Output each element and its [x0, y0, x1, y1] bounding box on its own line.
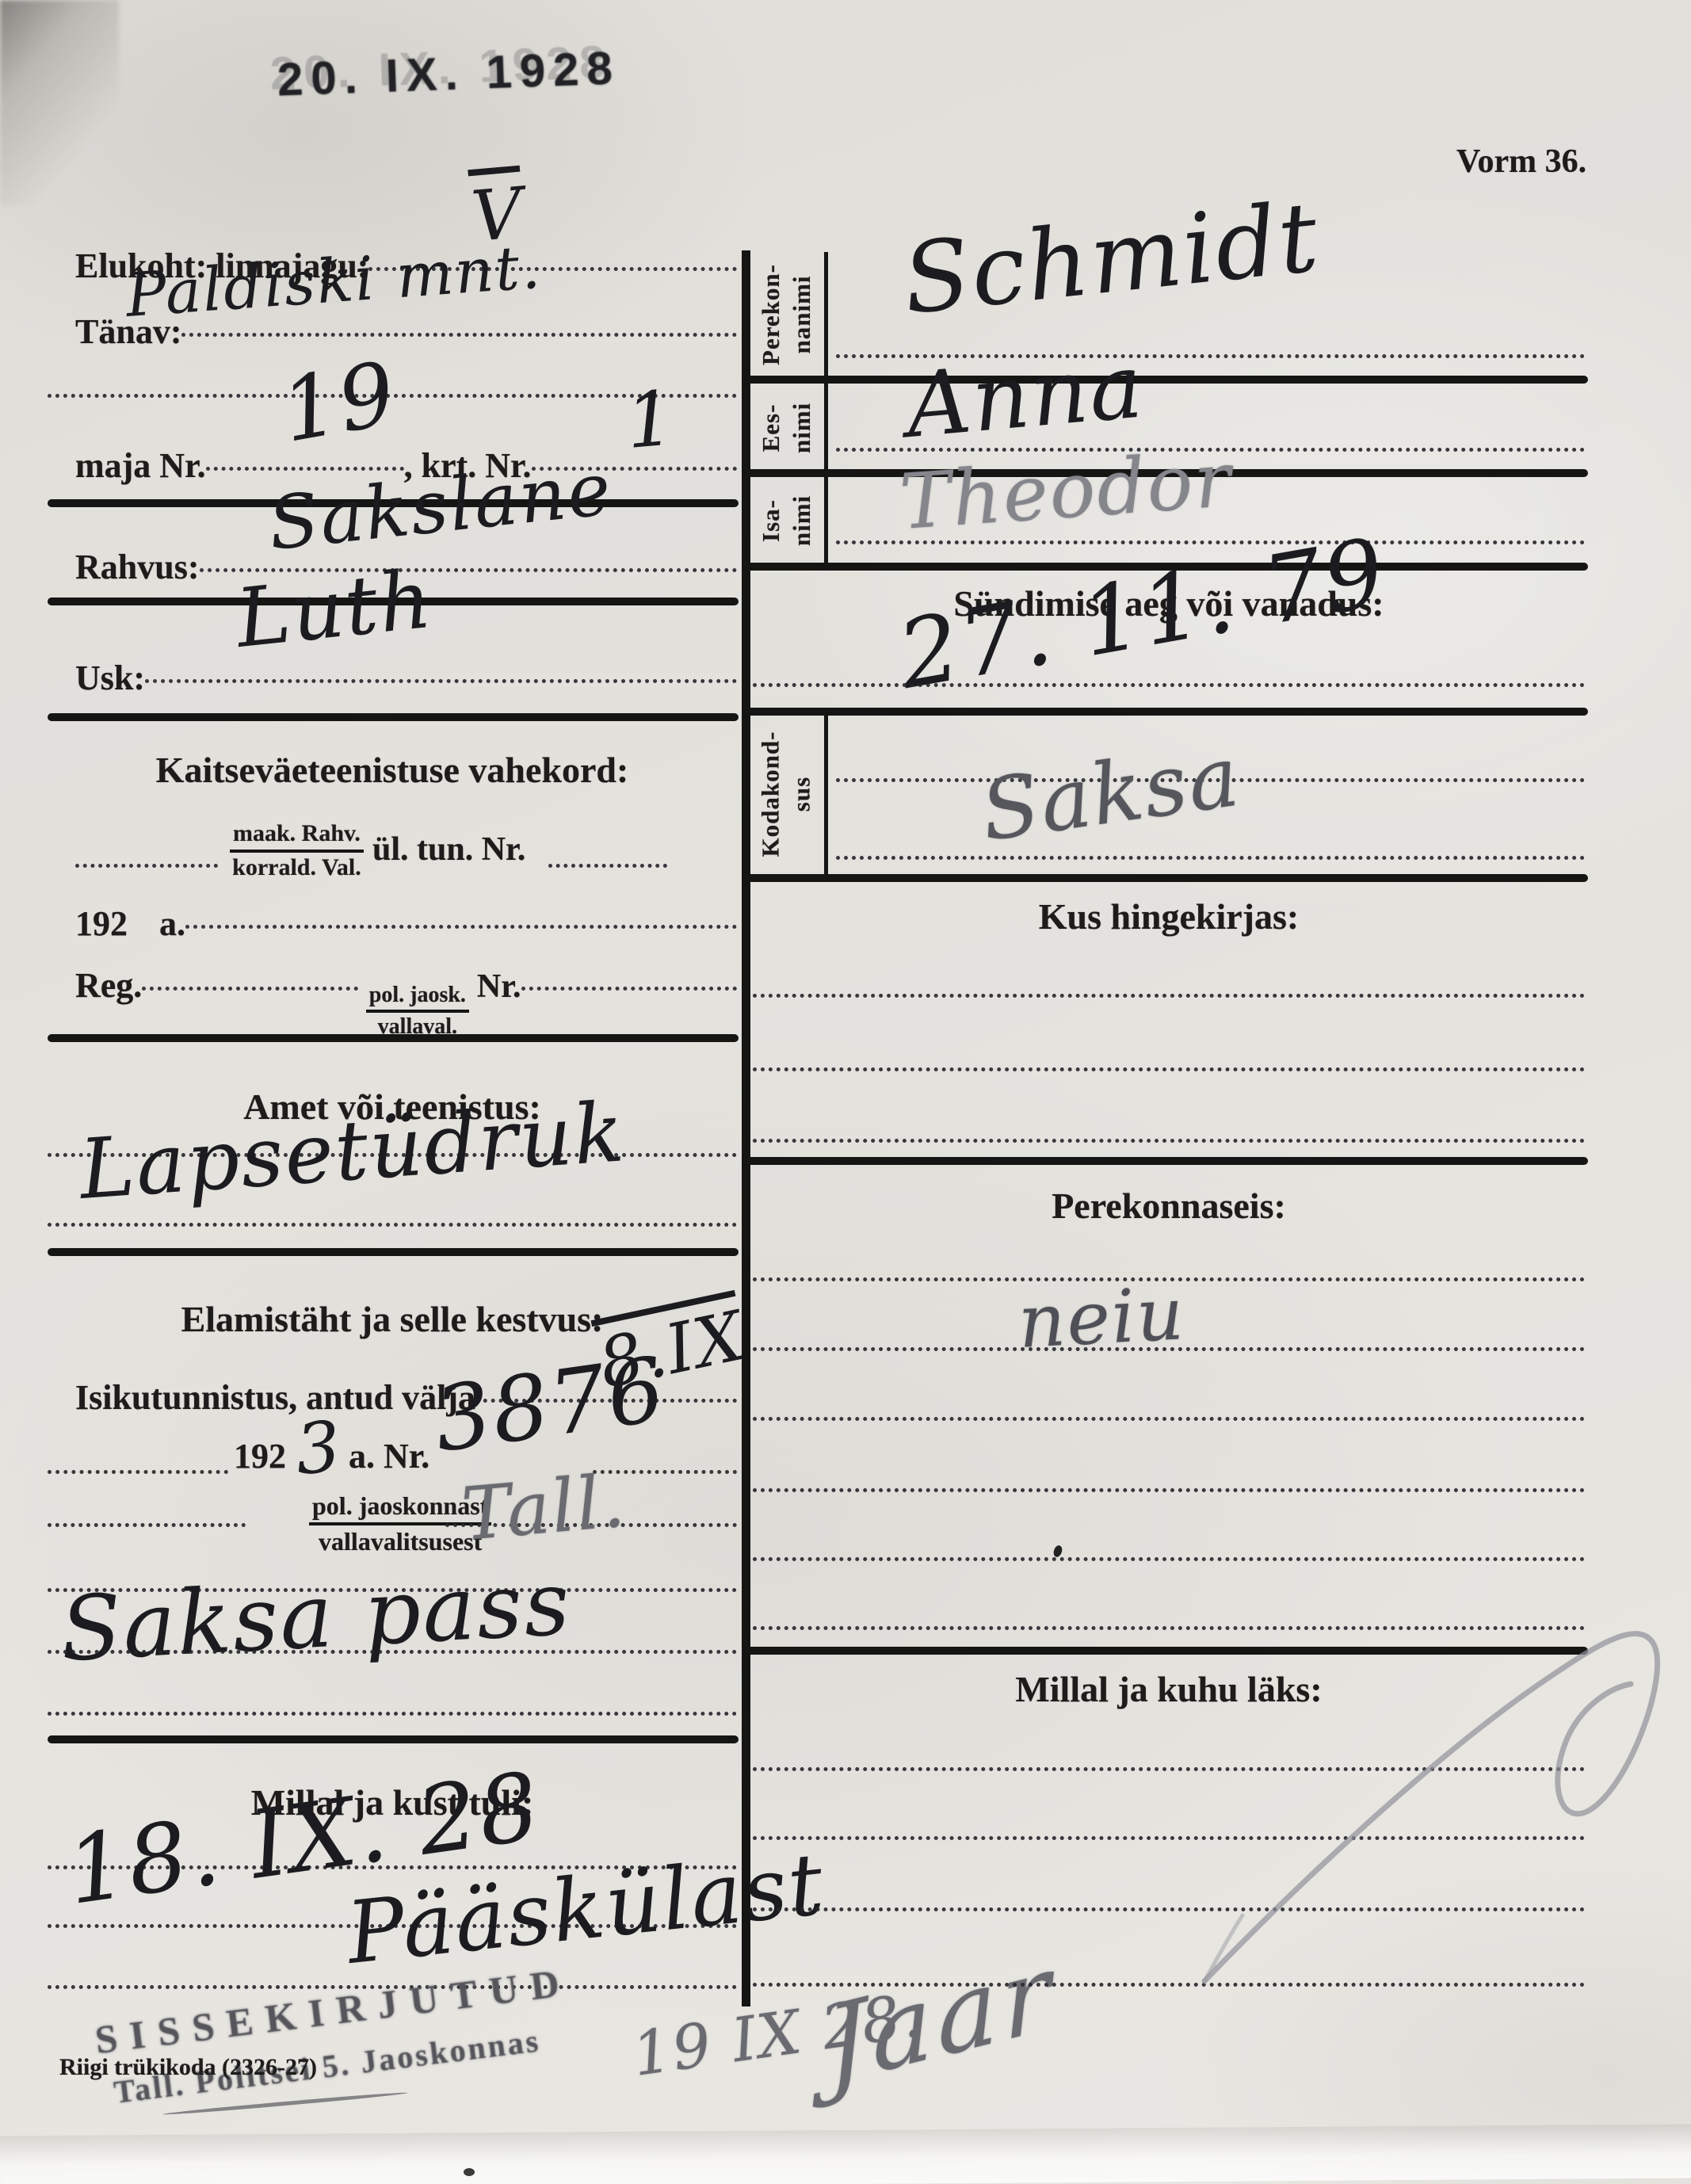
fraction-top: maak. Rahv. — [230, 820, 364, 853]
ul-tun-label: ül. tun. Nr. — [372, 830, 525, 869]
label-line: Ees- — [756, 404, 787, 452]
fraction-bottom: korrald. Val. — [232, 853, 361, 882]
rule-dotted — [753, 683, 1585, 687]
form-code: Vorm 36. — [1456, 143, 1586, 181]
handwritten-krt-nr: 1 — [622, 375, 679, 466]
isikutunnistus-label: Isikutunnistus, antud välja — [75, 1377, 475, 1418]
handwritten-perekonnanimi: Schmidt — [898, 181, 1324, 336]
handwritten-kodakondsus: Saksa — [975, 727, 1246, 860]
rule-dotted — [753, 1557, 1585, 1561]
handwritten-usk: Luth — [232, 552, 437, 666]
field-reg: Reg. pol. jaosk. vallaval. Nr. — [75, 965, 737, 1035]
rule-dotted — [48, 1523, 246, 1527]
handwritten-maja-nr: 19 — [274, 342, 404, 462]
label-line: Perekon- — [756, 264, 787, 365]
label-line: nanimi — [787, 275, 818, 353]
usk-label: Usk: — [75, 658, 145, 698]
handwritten-year-digit: 3 — [292, 1405, 345, 1491]
field-usk: Usk: — [75, 658, 737, 698]
kaitse-heading: Kaitseväeteenistuse vahekord: — [48, 749, 737, 791]
nr-line — [521, 987, 737, 991]
rule-dotted — [48, 1470, 228, 1474]
rule-dotted — [836, 856, 1585, 860]
rule-heavy — [48, 713, 739, 721]
fraction-maak-korrald: maak. Rahv. korrald. Val. — [230, 820, 364, 881]
label-line: Kodakond- — [756, 731, 787, 857]
rule-dotted — [753, 994, 1585, 998]
kus-hingekirjas-heading: Kus hingekirjas: — [753, 895, 1585, 937]
rule-heavy — [48, 1735, 739, 1743]
rahvus-label: Rahvus: — [75, 547, 200, 587]
paper-crease — [0, 0, 119, 206]
rule-dotted — [753, 1067, 1585, 1071]
label-line: nimi — [787, 495, 818, 546]
date-stamp: 20. IX. 1928 — [277, 41, 621, 106]
rule-heavy — [742, 376, 1588, 384]
reg-label: Reg. — [75, 965, 142, 1006]
ink-speck — [464, 2168, 475, 2176]
nr-label: Nr. — [477, 968, 521, 1006]
rule-dotted — [48, 1223, 737, 1227]
fraction-pol-vallaval: pol. jaosk. vallaval. — [366, 983, 469, 1040]
fraction-top: pol. jaosk. — [366, 983, 469, 1013]
handwritten-pass: Saksa pass — [58, 1552, 574, 1682]
maja-label: maja Nr. — [75, 445, 206, 486]
label-line: sus — [787, 777, 818, 811]
usk-line — [145, 679, 737, 683]
a-label: a. — [159, 903, 185, 944]
rule-dotted — [753, 1488, 1585, 1492]
handwritten-eesnimi: Anna — [903, 334, 1148, 458]
handwritten-sundimise: 27. 11. 79 — [891, 517, 1394, 710]
perekonnaseis-heading: Perekonnaseis: — [753, 1185, 1585, 1227]
tanav-line — [181, 333, 737, 337]
rule-dotted — [548, 864, 667, 868]
printer-imprint: Riigi trükikoda (2326-27) — [59, 2054, 317, 2081]
rule-heavy — [742, 874, 1588, 882]
rule-dotted — [48, 1650, 737, 1654]
ink-dot — [1052, 1544, 1063, 1558]
kodakondsus-label: Kodakond- sus — [746, 709, 828, 880]
handwritten-signature: Jaar — [822, 1929, 1059, 2110]
field-192a: 192 a. — [75, 903, 737, 944]
year-label: 192 — [234, 1436, 286, 1476]
rule-heavy — [48, 1034, 739, 1042]
rule-dotted — [48, 1712, 737, 1716]
aasta-label: 192 — [75, 903, 128, 944]
rule-dotted — [753, 1139, 1585, 1143]
rule-dotted — [75, 864, 218, 868]
fraction-bottom: vallavalitsusest — [319, 1525, 482, 1556]
registration-card-scan: 20. IX. 1928 Vorm 36. Elukoht: linnajagu… — [0, 0, 1691, 2184]
rule-dotted — [753, 1347, 1585, 1351]
reg-line — [142, 987, 357, 991]
rule-dotted — [753, 1417, 1585, 1421]
paper-bottom-edge — [0, 2125, 1691, 2184]
label-line: Isa- — [756, 499, 787, 542]
handwritten-jaoskonnast: Tall. — [459, 1458, 630, 1557]
rule-heavy — [48, 1248, 739, 1256]
a-nr-label: a. Nr. — [349, 1436, 429, 1476]
handwritten-isikutunnistus-nr: 3876 — [428, 1338, 672, 1472]
pencil-flourish-mark — [1149, 1605, 1672, 2001]
label-line: nimi — [787, 403, 818, 453]
rule-heavy — [742, 708, 1588, 716]
rule-heavy — [742, 1157, 1588, 1165]
aasta-line — [185, 925, 737, 929]
